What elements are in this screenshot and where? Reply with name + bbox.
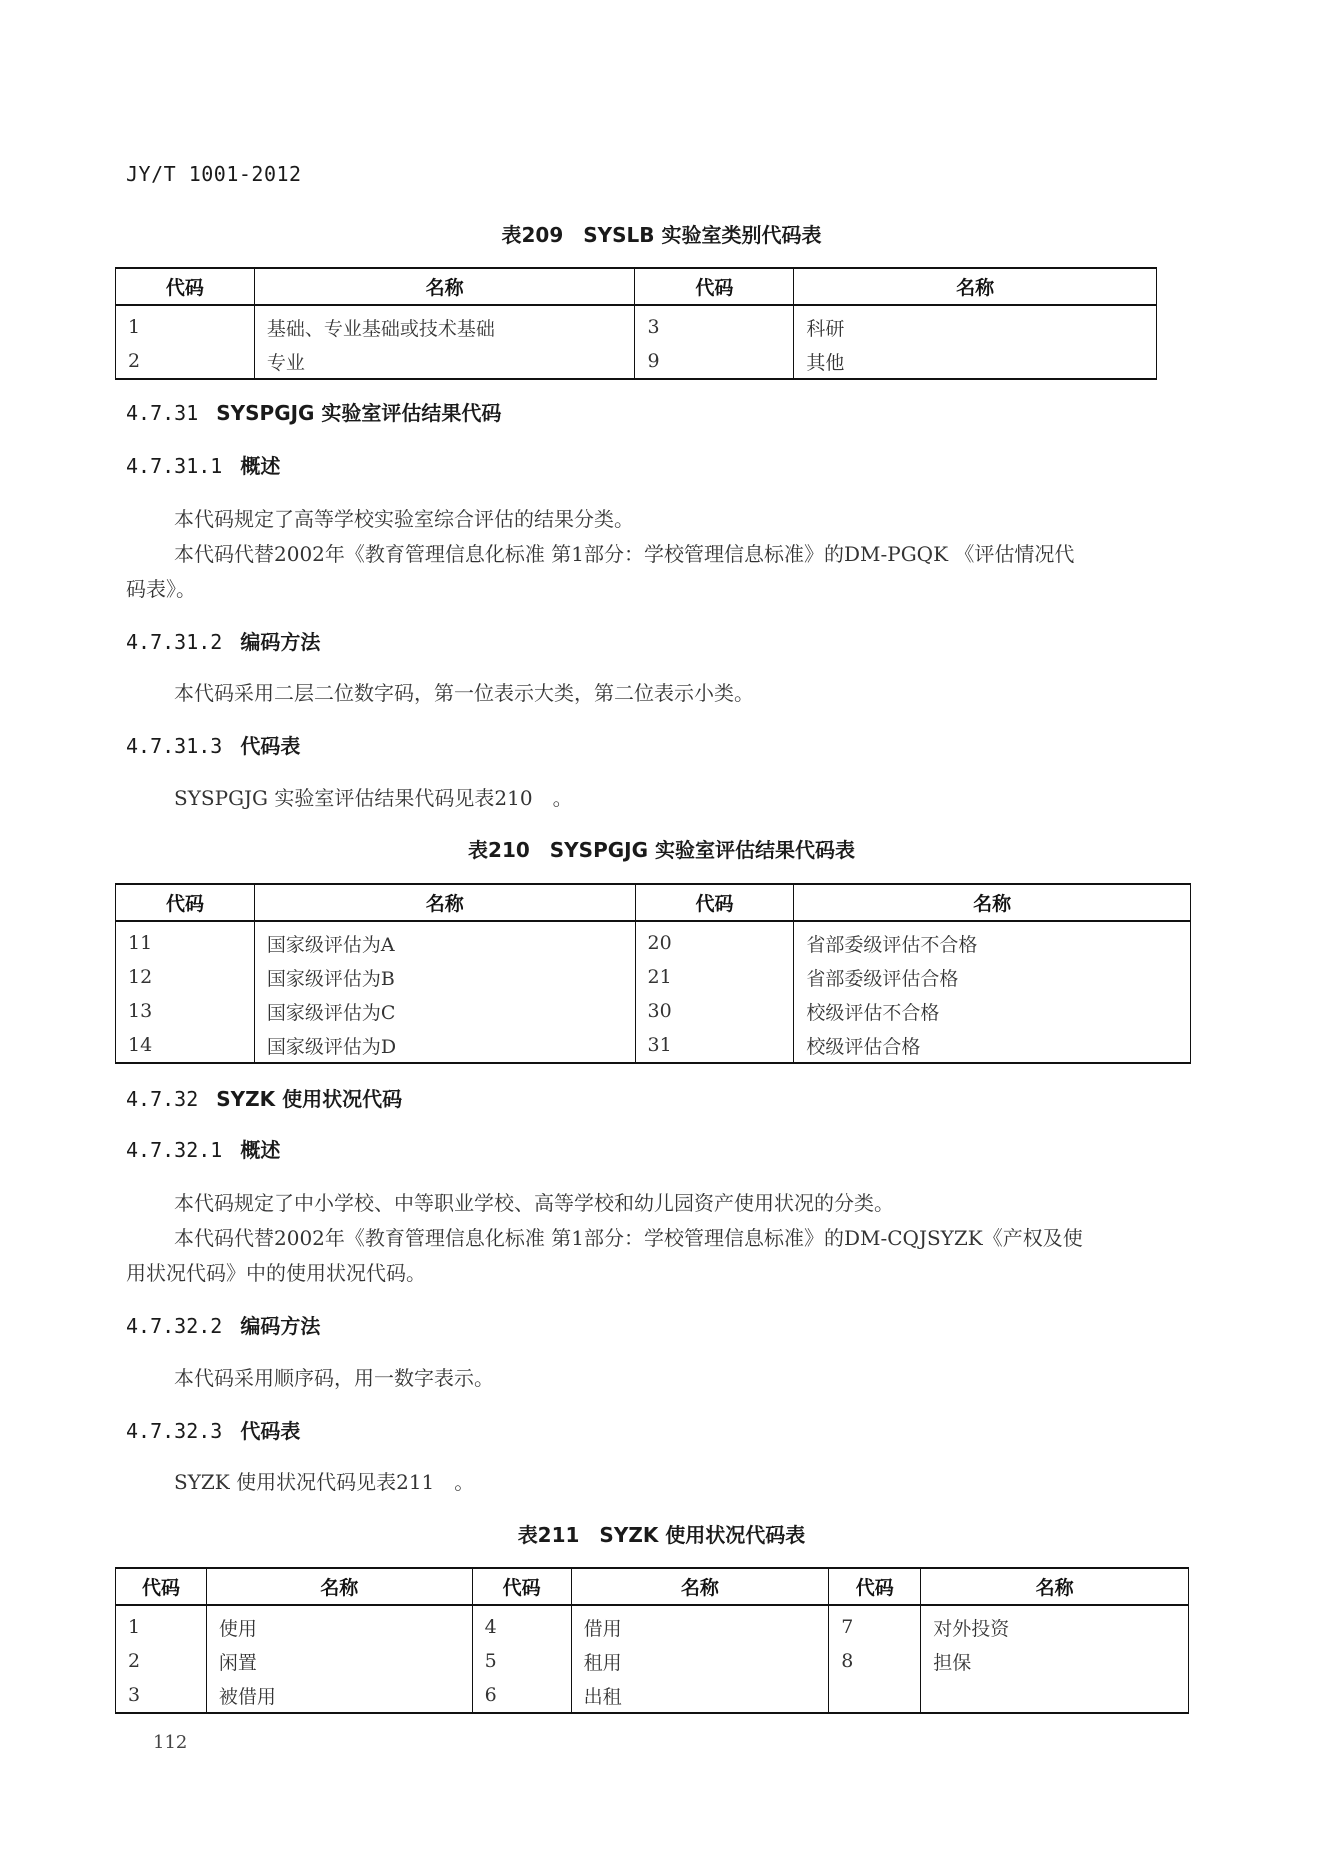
table-row: 2 闲置 5 租用 8 担保 bbox=[116, 1644, 1189, 1678]
paragraph: 本代码代替2002年《教育管理信息化标准 第1部分：学校管理信息标准》的DM-C… bbox=[174, 1222, 1083, 1251]
table-cell: 国家级评估为C bbox=[254, 994, 635, 1028]
section-number: 4.7.31.1 bbox=[126, 454, 222, 478]
section-title: 概述 bbox=[240, 454, 280, 478]
column-header: 名称 bbox=[794, 884, 1191, 921]
section-number: 4.7.32.2 bbox=[126, 1314, 222, 1338]
table-cell: 省部委级评估不合格 bbox=[794, 921, 1191, 960]
table-cell: 基础、专业基础或技术基础 bbox=[254, 305, 635, 344]
table-cell: 担保 bbox=[921, 1644, 1189, 1678]
table-row: 3 被借用 6 出租 bbox=[116, 1678, 1189, 1713]
standard-id-header: JY/T 1001-2012 bbox=[126, 162, 302, 186]
table-cell: 3 bbox=[116, 1678, 207, 1713]
section-heading-4-7-31: 4.7.31SYSPGJG 实验室评估结果代码 bbox=[126, 397, 501, 426]
section-title: 编码方法 bbox=[240, 630, 320, 654]
table-211: 代码 名称 代码 名称 代码 名称 1 使用 4 借用 7 对外投资 2 闲置 … bbox=[115, 1567, 1189, 1714]
column-header: 代码 bbox=[116, 268, 255, 305]
column-header: 名称 bbox=[571, 1568, 829, 1605]
table-cell: 30 bbox=[635, 994, 794, 1028]
table-210: 代码 名称 代码 名称 11 国家级评估为A 20 省部委级评估不合格 12 国… bbox=[115, 883, 1191, 1064]
section-heading-4-7-32: 4.7.32SYZK 使用状况代码 bbox=[126, 1083, 402, 1112]
table-cell: 其他 bbox=[794, 344, 1157, 379]
section-number: 4.7.32 bbox=[126, 1087, 198, 1111]
table-cell: 3 bbox=[635, 305, 794, 344]
table-cell: 20 bbox=[635, 921, 794, 960]
table-cell: 6 bbox=[472, 1678, 571, 1713]
column-header: 名称 bbox=[254, 884, 635, 921]
table-row: 1 基础、专业基础或技术基础 3 科研 bbox=[116, 305, 1157, 344]
table-row: 2 专业 9 其他 bbox=[116, 344, 1157, 379]
table-cell: 21 bbox=[635, 960, 794, 994]
section-number: 4.7.32.3 bbox=[126, 1419, 222, 1443]
section-heading-4-7-31-1: 4.7.31.1概述 bbox=[126, 450, 280, 479]
table-cell bbox=[829, 1678, 921, 1713]
section-heading-4-7-31-3: 4.7.31.3代码表 bbox=[126, 730, 300, 759]
table-header-row: 代码 名称 代码 名称 代码 名称 bbox=[116, 1568, 1189, 1605]
table-cell: 科研 bbox=[794, 305, 1157, 344]
table-row: 1 使用 4 借用 7 对外投资 bbox=[116, 1605, 1189, 1644]
table-cell: 4 bbox=[472, 1605, 571, 1644]
table-header-row: 代码 名称 代码 名称 bbox=[116, 268, 1157, 305]
table-cell: 对外投资 bbox=[921, 1605, 1189, 1644]
paragraph: SYZK 使用状况代码见表211 。 bbox=[174, 1466, 474, 1495]
column-header: 代码 bbox=[116, 884, 255, 921]
paragraph: SYSPGJG 实验室评估结果代码见表210 。 bbox=[174, 782, 573, 811]
section-title: SYZK 使用状况代码 bbox=[216, 1087, 402, 1111]
table-cell: 国家级评估为D bbox=[254, 1028, 635, 1063]
table-cell: 校级评估合格 bbox=[794, 1028, 1191, 1063]
column-header: 代码 bbox=[635, 268, 794, 305]
column-header: 名称 bbox=[254, 268, 635, 305]
section-heading-4-7-31-2: 4.7.31.2编码方法 bbox=[126, 626, 320, 655]
section-number: 4.7.31.3 bbox=[126, 734, 222, 758]
section-title: 编码方法 bbox=[240, 1314, 320, 1338]
table-cell: 租用 bbox=[571, 1644, 829, 1678]
section-heading-4-7-32-2: 4.7.32.2编码方法 bbox=[126, 1310, 320, 1339]
paragraph-continuation: 码表》。 bbox=[126, 573, 196, 602]
column-header: 名称 bbox=[206, 1568, 472, 1605]
table-cell: 1 bbox=[116, 305, 255, 344]
column-header: 代码 bbox=[829, 1568, 921, 1605]
column-header: 名称 bbox=[921, 1568, 1189, 1605]
paragraph: 本代码采用顺序码，用一数字表示。 bbox=[174, 1362, 494, 1391]
section-number: 4.7.31.2 bbox=[126, 630, 222, 654]
table-210-caption: 表210 SYSPGJG 实验室评估结果代码表 bbox=[0, 834, 1323, 863]
table-cell: 借用 bbox=[571, 1605, 829, 1644]
section-number: 4.7.32.1 bbox=[126, 1138, 222, 1162]
table-cell: 8 bbox=[829, 1644, 921, 1678]
table-cell: 2 bbox=[116, 344, 255, 379]
table-cell: 2 bbox=[116, 1644, 207, 1678]
table-cell: 校级评估不合格 bbox=[794, 994, 1191, 1028]
column-header: 代码 bbox=[116, 1568, 207, 1605]
table-cell: 省部委级评估合格 bbox=[794, 960, 1191, 994]
table-cell: 14 bbox=[116, 1028, 255, 1063]
table-cell: 9 bbox=[635, 344, 794, 379]
table-cell: 国家级评估为A bbox=[254, 921, 635, 960]
table-row: 12 国家级评估为B 21 省部委级评估合格 bbox=[116, 960, 1191, 994]
table-cell: 闲置 bbox=[206, 1644, 472, 1678]
section-heading-4-7-32-3: 4.7.32.3代码表 bbox=[126, 1415, 300, 1444]
table-cell: 7 bbox=[829, 1605, 921, 1644]
section-title: 代码表 bbox=[240, 1419, 300, 1443]
table-209: 代码 名称 代码 名称 1 基础、专业基础或技术基础 3 科研 2 专业 9 其… bbox=[115, 267, 1157, 380]
table-header-row: 代码 名称 代码 名称 bbox=[116, 884, 1191, 921]
column-header: 代码 bbox=[635, 884, 794, 921]
table-row: 14 国家级评估为D 31 校级评估合格 bbox=[116, 1028, 1191, 1063]
table-209-caption: 表209 SYSLB 实验室类别代码表 bbox=[0, 219, 1323, 248]
table-cell: 1 bbox=[116, 1605, 207, 1644]
table-cell bbox=[921, 1678, 1189, 1713]
table-cell: 国家级评估为B bbox=[254, 960, 635, 994]
table-cell: 出租 bbox=[571, 1678, 829, 1713]
paragraph: 本代码采用二层二位数字码，第一位表示大类，第二位表示小类。 bbox=[174, 677, 754, 706]
column-header: 代码 bbox=[472, 1568, 571, 1605]
table-cell: 13 bbox=[116, 994, 255, 1028]
table-cell: 31 bbox=[635, 1028, 794, 1063]
section-title: 代码表 bbox=[240, 734, 300, 758]
section-title: 概述 bbox=[240, 1138, 280, 1162]
table-cell: 11 bbox=[116, 921, 255, 960]
table-cell: 5 bbox=[472, 1644, 571, 1678]
table-cell: 使用 bbox=[206, 1605, 472, 1644]
table-row: 11 国家级评估为A 20 省部委级评估不合格 bbox=[116, 921, 1191, 960]
page-number: 112 bbox=[153, 1732, 187, 1753]
table-row: 13 国家级评估为C 30 校级评估不合格 bbox=[116, 994, 1191, 1028]
table-cell: 专业 bbox=[254, 344, 635, 379]
paragraph: 本代码代替2002年《教育管理信息化标准 第1部分：学校管理信息标准》的DM-P… bbox=[174, 538, 1074, 567]
table-cell: 被借用 bbox=[206, 1678, 472, 1713]
section-title: SYSPGJG 实验室评估结果代码 bbox=[216, 401, 501, 425]
section-number: 4.7.31 bbox=[126, 401, 198, 425]
section-heading-4-7-32-1: 4.7.32.1概述 bbox=[126, 1134, 280, 1163]
paragraph-continuation: 用状况代码》中的使用状况代码。 bbox=[126, 1257, 426, 1286]
table-cell: 12 bbox=[116, 960, 255, 994]
table-211-caption: 表211 SYZK 使用状况代码表 bbox=[0, 1519, 1323, 1548]
paragraph: 本代码规定了中小学校、中等职业学校、高等学校和幼儿园资产使用状况的分类。 bbox=[174, 1187, 894, 1216]
paragraph: 本代码规定了高等学校实验室综合评估的结果分类。 bbox=[174, 503, 634, 532]
column-header: 名称 bbox=[794, 268, 1157, 305]
